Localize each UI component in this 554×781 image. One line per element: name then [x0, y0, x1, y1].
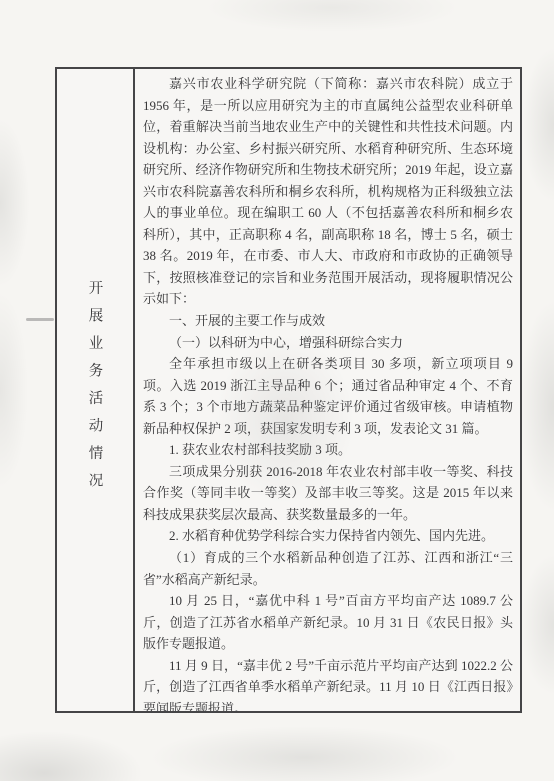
row-label-cell: 开展业务活动情况	[57, 69, 135, 711]
item-1-heading: 1. 获农业农村部科技奖励 3 项。	[143, 439, 513, 461]
row-label-vertical-text: 开展业务活动情况	[85, 280, 106, 500]
activity-report-table: 开展业务活动情况 嘉兴市农业科学研究院（下简称：嘉兴市农科院）成立于 1956 …	[55, 67, 522, 713]
nov-9-record-paragraph: 11 月 9 日，“嘉丰优 2 号”千亩示范片平均亩产达到 1022.2 公斤，…	[143, 655, 513, 711]
subsection-1-heading: （一）以科研为中心，增强科研综合实力	[143, 332, 513, 354]
item-2-heading: 2. 水稻育种优势学科综合实力保持省内领先、国内先进。	[143, 525, 513, 547]
oct-25-record-paragraph: 10 月 25 日，“嘉优中科 1 号”百亩方平均亩产达 1089.7 公斤，创…	[143, 590, 513, 655]
awards-paragraph: 三项成果分别获 2016-2018 年农业农村部丰收一等奖、科技合作奖（等同丰收…	[143, 461, 513, 526]
scan-artifact-margin-dash	[26, 318, 54, 321]
intro-paragraph: 嘉兴市农业科学研究院（下简称：嘉兴市农科院）成立于 1956 年，是一所以应用研…	[143, 73, 513, 310]
report-content-cell: 嘉兴市农业科学研究院（下简称：嘉兴市农科院）成立于 1956 年，是一所以应用研…	[135, 69, 520, 711]
section-1-heading: 一、开展的主要工作与成效	[143, 310, 513, 332]
scanned-document-page: 开展业务活动情况 嘉兴市农业科学研究院（下简称：嘉兴市农科院）成立于 1956 …	[0, 0, 554, 781]
rice-varieties-paragraph: （1）育成的三个水稻新品种创造了江苏、江西和浙江“三省”水稻高产新纪录。	[143, 547, 513, 590]
research-projects-paragraph: 全年承担市级以上在研各类项目 30 多项，新立项项目 9 项。入选 2019 浙…	[143, 353, 513, 439]
